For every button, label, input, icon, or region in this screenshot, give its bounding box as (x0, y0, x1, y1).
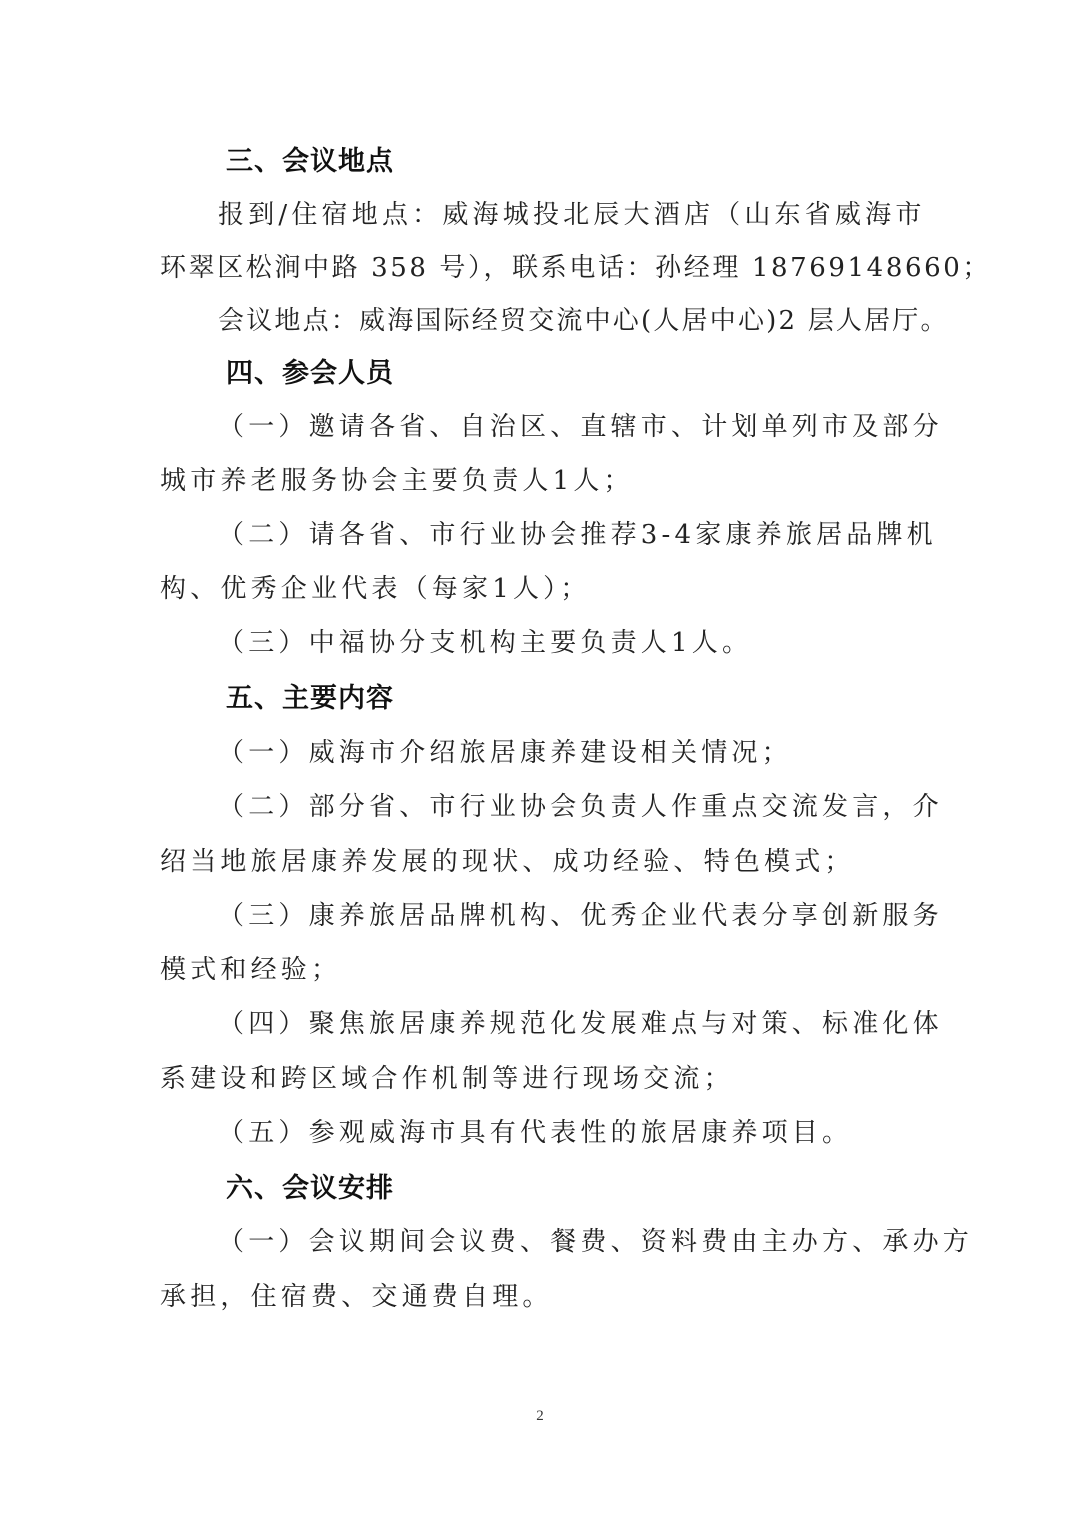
paragraph-line: 系建设和跨区域合作机制等进行现场交流； (160, 1062, 922, 1096)
paragraph-line: （五）参观威海市具有代表性的旅居康养项目。 (218, 1116, 922, 1150)
page-number: 2 (0, 1408, 1080, 1425)
paragraph-line: 模式和经验； (160, 953, 922, 987)
paragraph-line: （二）部分省、市行业协会负责人作重点交流发言，介 (218, 790, 922, 824)
paragraph-line: 城市养老服务协会主要负责人1人； (160, 464, 922, 498)
paragraph-line: （三）中福协分支机构主要负责人1人。 (218, 626, 922, 660)
paragraph-line: （一）会议期间会议费、餐费、资料费由主办方、承办方 (218, 1225, 922, 1259)
paragraph-line: 构、优秀企业代表（每家1人）； (160, 572, 922, 606)
paragraph-line: （一）威海市介绍旅居康养建设相关情况； (218, 736, 922, 770)
paragraph-line: （二）请各省、市行业协会推荐3-4家康养旅居品牌机 (218, 518, 922, 552)
section-heading-attendees: 四、参会人员 (226, 357, 988, 391)
paragraph-line: （四）聚焦旅居康养规范化发展难点与对策、标准化体 (218, 1007, 922, 1041)
paragraph-line: 绍当地旅居康养发展的现状、成功经验、特色模式； (160, 845, 922, 879)
paragraph-line: （一）邀请各省、自治区、直辖市、计划单列市及部分 (218, 410, 922, 444)
section-heading-arrangements: 六、会议安排 (226, 1172, 988, 1206)
section-heading-main-content: 五、主要内容 (226, 682, 988, 716)
document-page: 三、会议地点 报到/住宿地点：威海城投北辰大酒店（山东省威海市 环翠区松涧中路 … (0, 0, 1080, 1526)
paragraph-line: 会议地点：威海国际经贸交流中心(人居中心)2 层人居厅。 (218, 304, 922, 338)
paragraph-line: 承担，住宿费、交通费自理。 (160, 1280, 922, 1314)
paragraph-line: （三）康养旅居品牌机构、优秀企业代表分享创新服务 (218, 899, 922, 933)
section-heading-venue: 三、会议地点 (226, 145, 988, 179)
paragraph-line: 环翠区松涧中路 358 号），联系电话：孙经理 18769148660； (160, 251, 922, 285)
paragraph-line: 报到/住宿地点：威海城投北辰大酒店（山东省威海市 (218, 198, 922, 232)
